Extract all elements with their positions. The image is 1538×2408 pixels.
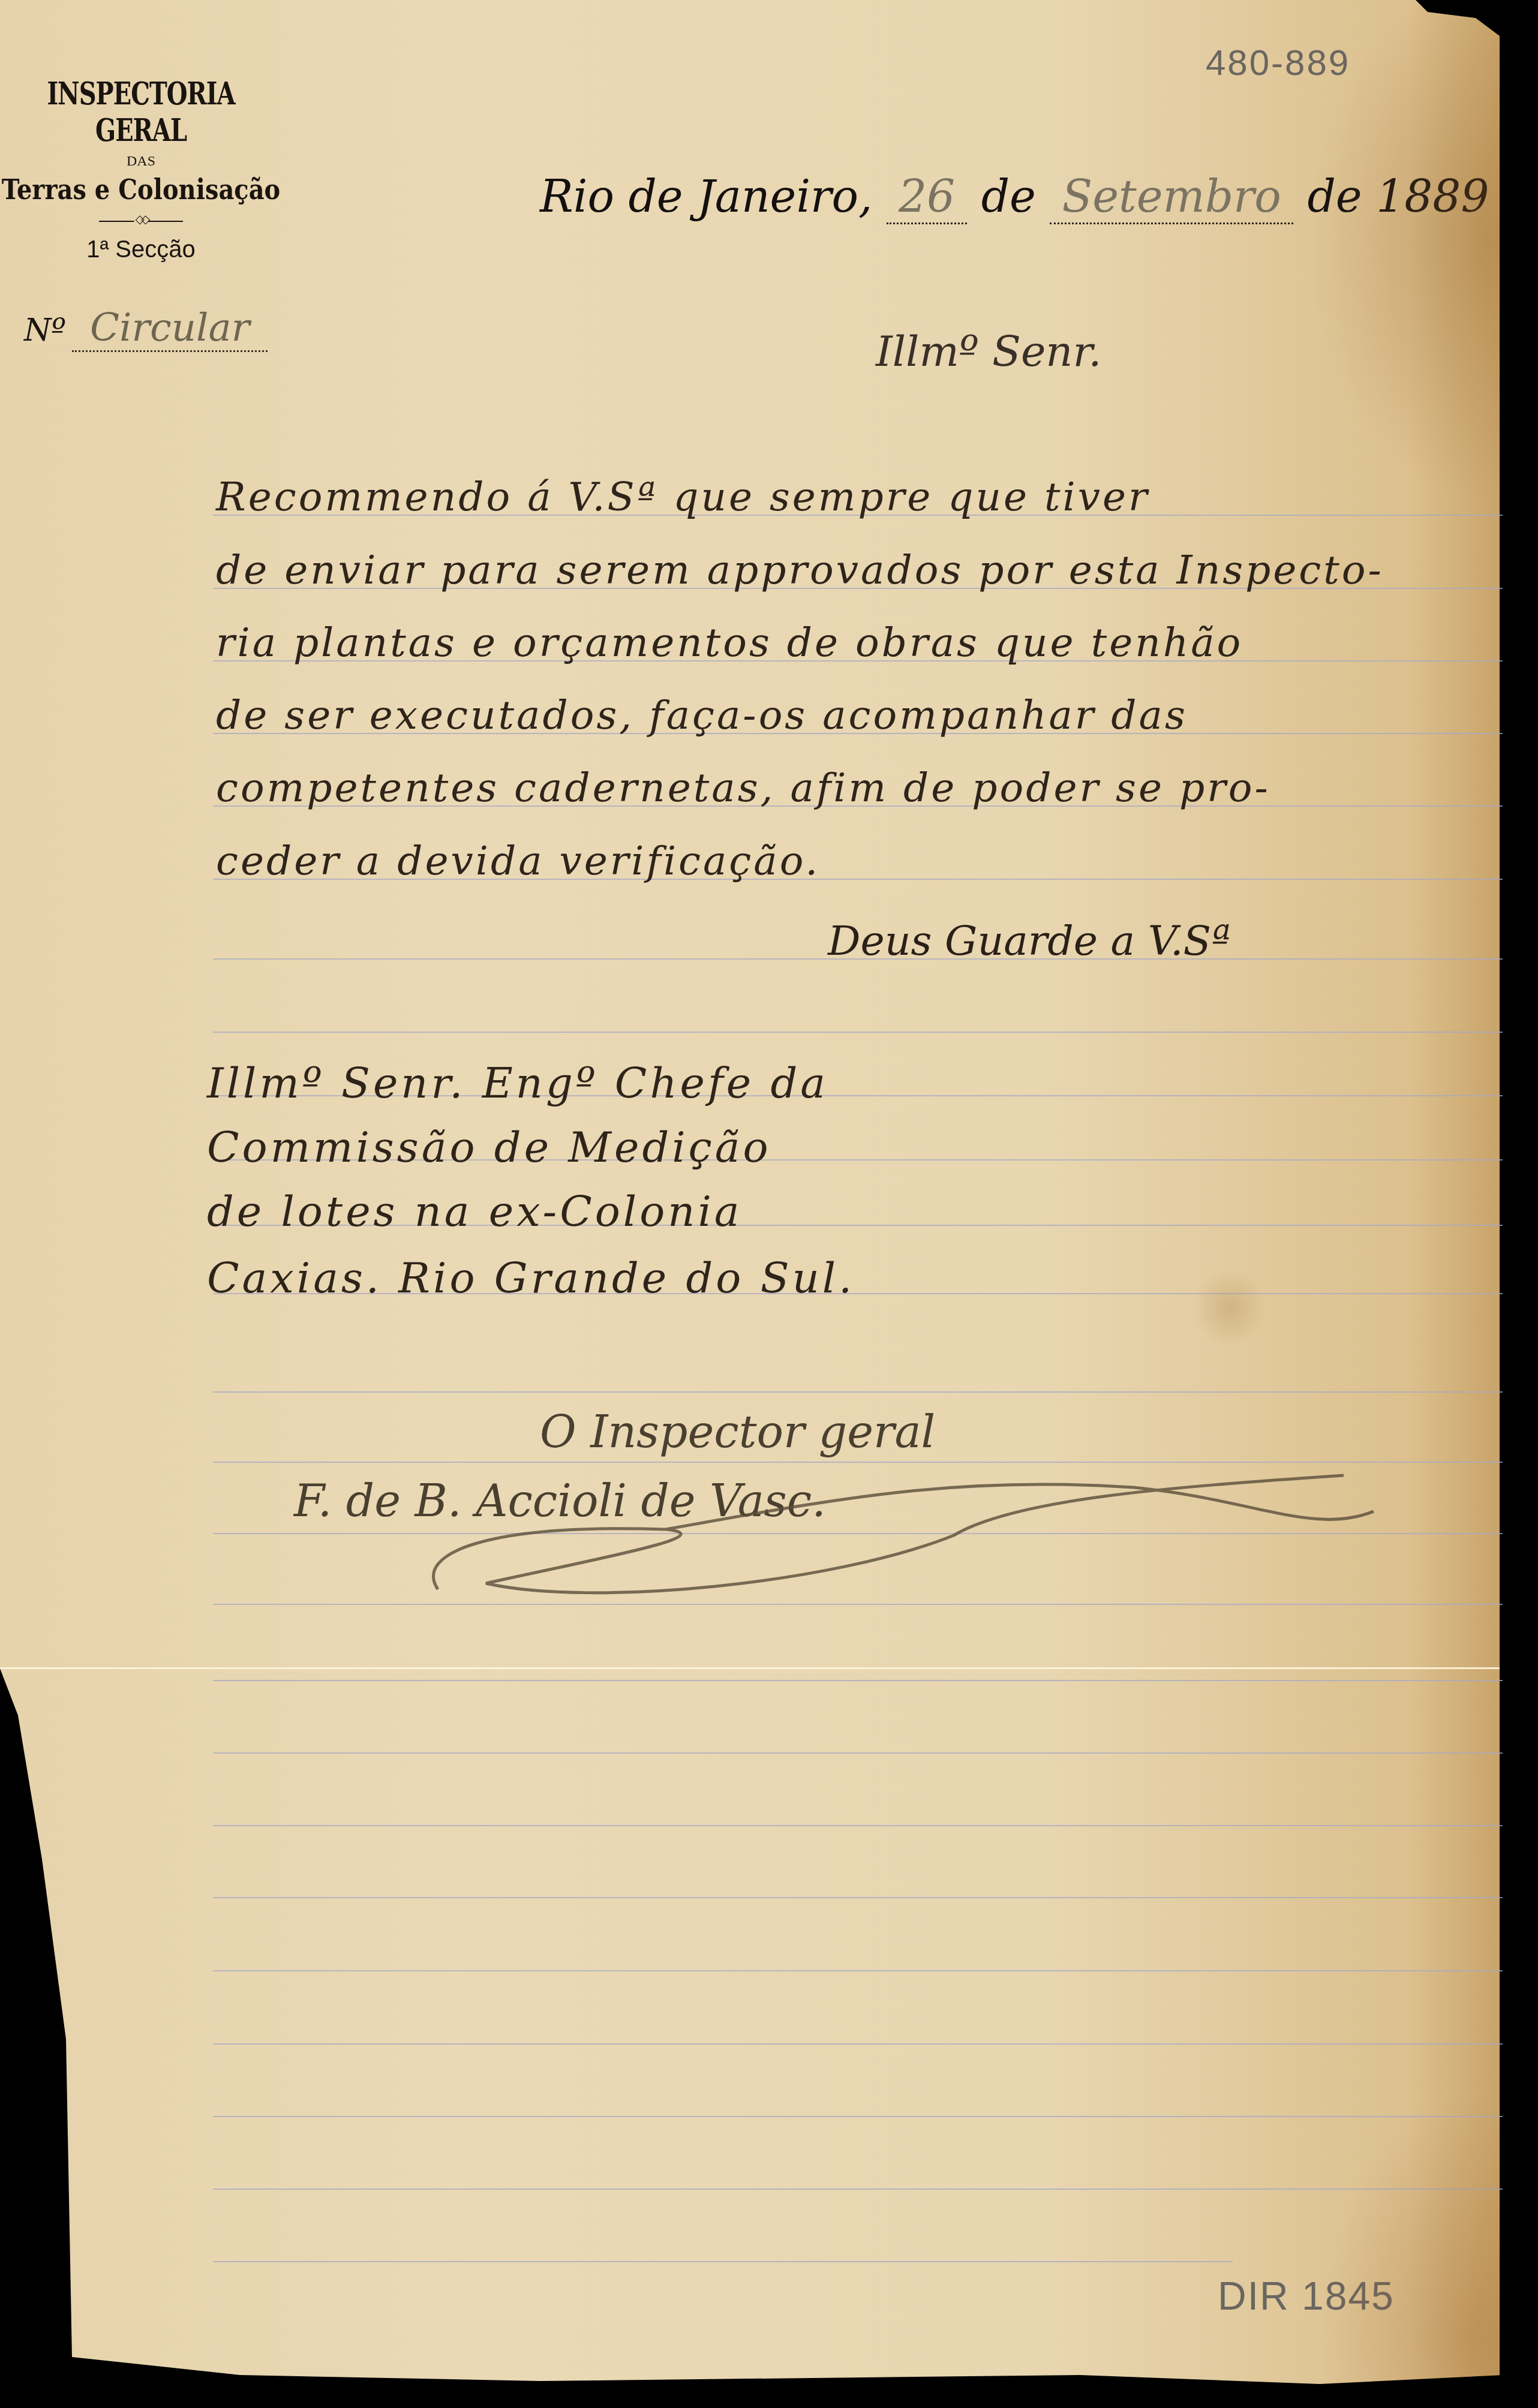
ruled-line — [213, 1897, 1503, 1898]
ruled-line — [213, 2261, 1233, 2262]
letterhead-title: INSPECTORIA GERAL — [0, 76, 282, 149]
ruled-line — [213, 1462, 1503, 1463]
archive-reference-top: 480-889 — [1206, 42, 1350, 83]
letterhead-section: 1ª Secção — [0, 236, 282, 263]
letterhead-das: DAS — [0, 154, 282, 170]
date-place: Rio de Janeiro, — [540, 171, 873, 223]
letterhead-subtitle: Terras e Colonisação — [0, 173, 282, 206]
body-line: ria plantas e orçamentos de obras que te… — [216, 620, 1243, 666]
ruled-line — [213, 1970, 1503, 1971]
addressee-line: de lotes na ex-Colonia — [207, 1187, 743, 1236]
signature-flourish-icon — [414, 1463, 1404, 1613]
number-value: Circular — [72, 306, 268, 352]
letterhead: INSPECTORIA GERAL DAS Terras e Colonisaç… — [0, 84, 282, 263]
addressee-line: Illmº Senr. Engº Chefe da — [207, 1059, 828, 1108]
date-day: 26 — [887, 171, 967, 224]
body-line: de ser executados, faça-os acompanhar da… — [216, 692, 1188, 738]
date-de: de — [981, 171, 1036, 223]
ruled-line — [213, 1680, 1503, 1681]
date-year: 1889 — [1376, 171, 1489, 223]
ruled-line — [213, 2043, 1503, 2045]
addressee-line: Commissão de Medição — [207, 1123, 771, 1172]
ornament-divider-icon — [99, 217, 183, 226]
signature-title: O Inspector geral — [540, 1406, 935, 1458]
document-number: NºCircular — [24, 306, 268, 350]
date-de: de — [1307, 171, 1362, 223]
date-month: Setembro — [1050, 171, 1293, 224]
paper-fold-line — [0, 1667, 1500, 1669]
closing-formula: Deus Guarde a V.Sª — [828, 918, 1231, 965]
ruled-line — [213, 1032, 1503, 1033]
dateline: Rio de Janeiro, 26 de Setembro de 1889 — [540, 171, 1489, 223]
ruled-line — [213, 1825, 1503, 1826]
ruled-line — [213, 2188, 1503, 2190]
addressee-line: Caxias. Rio Grande do Sul. — [207, 1253, 855, 1303]
archive-reference-bottom: DIR 1845 — [1218, 2273, 1395, 2319]
body-line: Recommendo á V.Sª que sempre que tiver — [216, 474, 1150, 520]
ruled-line — [213, 1752, 1503, 1754]
salutation: Illmº Senr. — [876, 327, 1101, 376]
number-label: Nº — [24, 312, 66, 348]
body-line: competentes cadernetas, afim de poder se… — [216, 765, 1270, 811]
body-line: ceder a devida verificação. — [216, 838, 820, 884]
ruled-line — [213, 2116, 1503, 2117]
document-page: 480-889 DIR 1845 INSPECTORIA GERAL DAS T… — [0, 0, 1500, 2384]
ruled-line — [213, 1391, 1503, 1393]
body-line: de enviar para serem approvados por esta… — [216, 547, 1384, 593]
